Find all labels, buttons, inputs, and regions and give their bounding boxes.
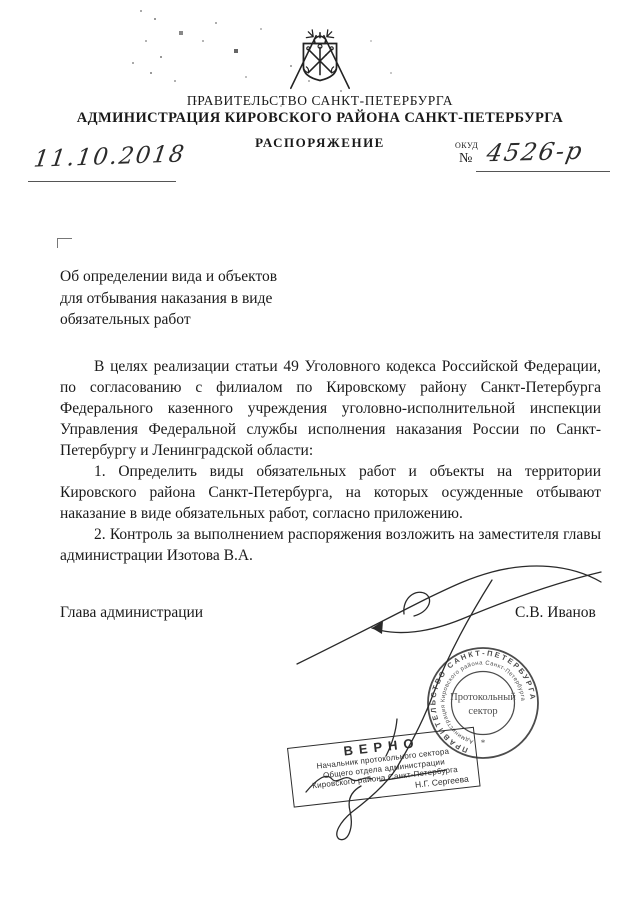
body-paragraph-2: 1. Определить виды обязательных работ и … — [60, 461, 601, 524]
round-stamp-star: * — [481, 738, 486, 748]
handwritten-date: 11.10.2018 — [32, 141, 187, 172]
document-subject: Об определении вида и объектов для отбыв… — [60, 266, 410, 331]
number-underline — [476, 171, 610, 172]
handwritten-number: 4526-р — [484, 137, 586, 168]
signer-position: Глава администрации — [60, 604, 203, 622]
administration-title: АДМИНИСТРАЦИЯ КИРОВСКОГО РАЙОНА САНКТ-ПЕ… — [0, 110, 640, 127]
body-paragraph-3: 2. Контроль за выполнением распоряжения … — [60, 524, 601, 566]
scan-noise — [140, 10, 142, 12]
corner-mark — [57, 238, 72, 248]
number-sign: № — [459, 151, 472, 167]
round-stamp-center-line1: Протокольный — [450, 692, 516, 703]
government-title: ПРАВИТЕЛЬСТВО САНКТ-ПЕТЕРБУРГА — [0, 93, 640, 109]
body-paragraph-1: В целях реализации статьи 49 Уголовного … — [60, 356, 601, 461]
okud-label: ОКУД — [455, 141, 478, 150]
signer-name: С.В. Иванов — [515, 604, 596, 622]
round-stamp-center-line2: сектор — [468, 706, 497, 717]
certify-stamp: ВЕРНО Начальник протокольного сектора Об… — [287, 727, 481, 808]
date-underline — [28, 181, 176, 182]
document-body: В целях реализации статьи 49 Уголовного … — [60, 356, 601, 566]
document-page: { "document": { "header": { "government"… — [0, 0, 640, 905]
coat-of-arms-icon — [272, 24, 368, 98]
